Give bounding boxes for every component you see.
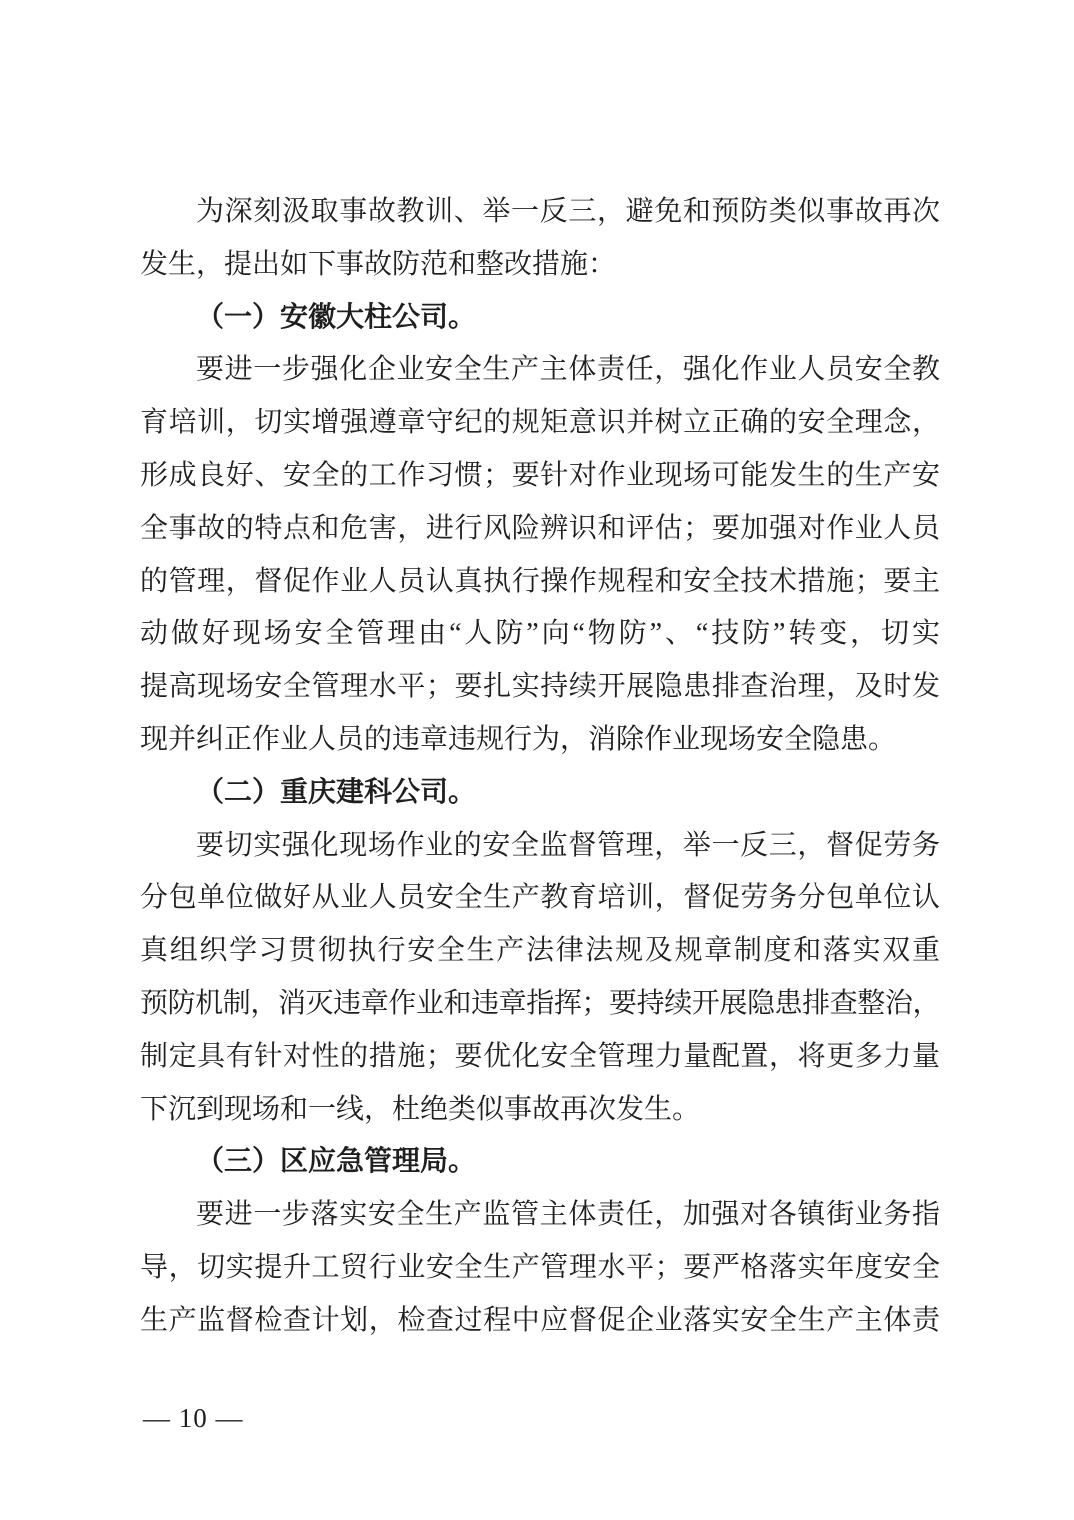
text-line: 现并纠正作业人员的违章违规行为，消除作业现场安全隐患。	[140, 714, 940, 767]
text-line: 预防机制，消灭违章作业和违章指挥；要持续开展隐患排查整治，	[140, 978, 940, 1031]
text-line: 育培训，切实增强遵章守纪的规矩意识并树立正确的安全理念，	[140, 397, 940, 450]
text-line: 动做好现场安全管理由“人防”向“物防”、“技防”转变，切实	[140, 608, 940, 661]
text-line: 提高现场安全管理水平；要扎实持续开展隐患排查治理，及时发	[140, 661, 940, 714]
document-page: 为深刻汲取事故教训、举一反三，避免和预防类似事故再次发生，提出如下事故防范和整改…	[0, 0, 1074, 1520]
text-line: 制定具有针对性的措施；要优化安全管理力量配置，将更多力量	[140, 1031, 940, 1084]
section-heading: （三）区应急管理局。	[140, 1136, 940, 1189]
text-line: 形成良好、安全的工作习惯；要针对作业现场可能发生的生产安	[140, 450, 940, 503]
text-line: 生产监督检查计划，检查过程中应督促企业落实安全生产主体责	[140, 1295, 940, 1348]
text-line: 要切实强化现场作业的安全监督管理，举一反三，督促劳务	[140, 820, 940, 873]
text-line: 为深刻汲取事故教训、举一反三，避免和预防类似事故再次	[140, 186, 940, 239]
text-line: 真组织学习贯彻执行安全生产法律法规及规章制度和落实双重	[140, 925, 940, 978]
text-line: 全事故的特点和危害，进行风险辨识和评估；要加强对作业人员	[140, 503, 940, 556]
section-heading: （一）安徽大柱公司。	[140, 292, 940, 345]
document-body: 为深刻汲取事故教训、举一反三，避免和预防类似事故再次发生，提出如下事故防范和整改…	[140, 186, 940, 1348]
page-number: — 10 —	[143, 1402, 244, 1434]
text-line: 发生，提出如下事故防范和整改措施：	[140, 239, 940, 292]
text-line: 的管理，督促作业人员认真执行操作规程和安全技术措施；要主	[140, 556, 940, 609]
text-line: 分包单位做好从业人员安全生产教育培训，督促劳务分包单位认	[140, 872, 940, 925]
section-heading: （二）重庆建科公司。	[140, 767, 940, 820]
text-line: 下沉到现场和一线，杜绝类似事故再次发生。	[140, 1084, 940, 1137]
text-line: 要进一步强化企业安全生产主体责任，强化作业人员安全教	[140, 344, 940, 397]
text-line: 要进一步落实安全生产监管主体责任，加强对各镇街业务指	[140, 1189, 940, 1242]
text-line: 导，切实提升工贸行业安全生产管理水平；要严格落实年度安全	[140, 1242, 940, 1295]
